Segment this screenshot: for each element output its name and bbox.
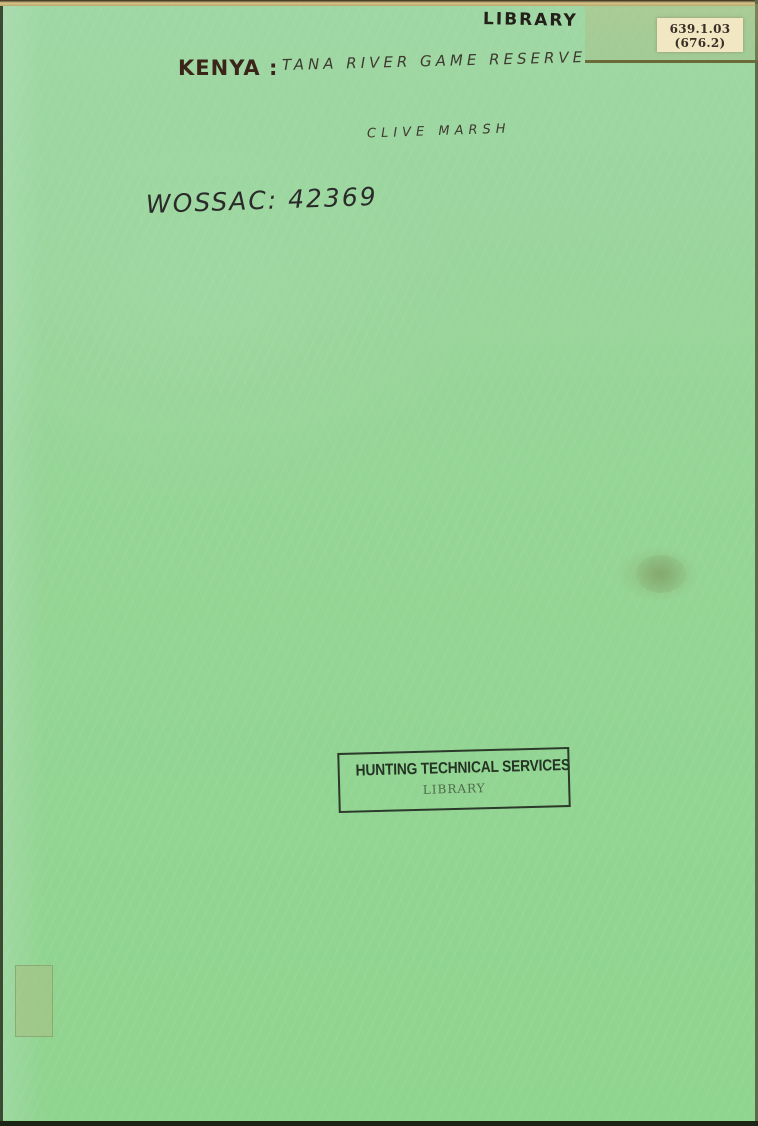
library-stamp: HUNTING TECHNICAL SERVICES LIBRARY: [337, 747, 570, 813]
shelf-label-classification: 639.1.03: [657, 22, 743, 36]
cover-bottom-edge: [0, 1121, 758, 1126]
stamp-department: LIBRARY: [340, 779, 568, 799]
stamp-organization: HUNTING TECHNICAL SERVICES: [355, 757, 551, 780]
shelf-label: 639.1.03 (676.2): [657, 18, 743, 52]
spine-shadow: [3, 4, 43, 1120]
handwritten-country: KENYA :: [178, 56, 278, 80]
cover-stain: [636, 555, 686, 593]
shelf-label-subclass: (676.2): [657, 36, 743, 49]
handwritten-library-heading: LIBRARY: [483, 9, 578, 31]
tape-residue-patch: [15, 965, 53, 1037]
